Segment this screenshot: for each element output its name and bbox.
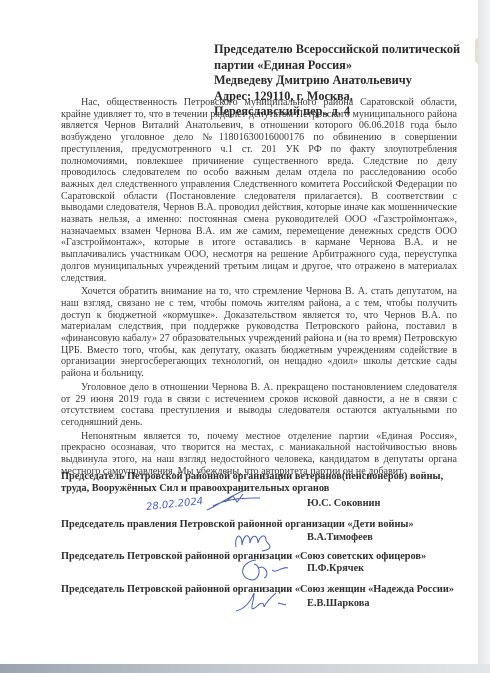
signature-icon (234, 589, 294, 619)
addressee-line: партии «Единая Россия» (214, 58, 476, 74)
signatory-name: В.А.Тимофеев (307, 532, 373, 543)
scanner-bottom-edge (0, 664, 490, 673)
signatory-name: Ю.С. Соковнин (307, 498, 380, 509)
addressee-line: Председателю Всероссийской политической (214, 42, 476, 58)
scanned-document-page: Председателю Всероссийской политической … (0, 0, 479, 664)
addressee-line: Медведеву Дмитрию Анатольевичу (214, 73, 476, 89)
handwritten-date: 28.02.2024 (146, 496, 204, 513)
letter-body: Нас, общественность Петровского муниципа… (61, 97, 457, 480)
signature-icon (205, 486, 265, 516)
signatory-name: Е.В.Шаркова (307, 598, 369, 609)
paragraph: Уголовное дело в отношении Чернова В. А.… (61, 382, 457, 429)
signatory-name: П.Ф.Крячек (307, 563, 364, 574)
paragraph: Хочется обратить внимание на то, что стр… (61, 286, 457, 380)
paragraph: Нас, общественность Петровского муниципа… (61, 97, 457, 284)
page-edge-shadow (478, 0, 490, 673)
signature-icon (236, 556, 296, 584)
